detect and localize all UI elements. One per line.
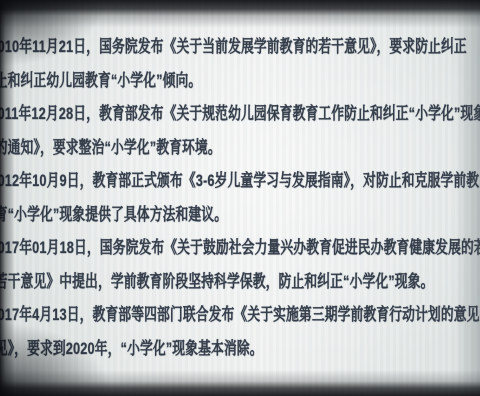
paragraph-2010-guowuyuan: 2010年11月21日，国务院发布《关于当前发展学前教育的若干意见》，要求防止纠… (0, 30, 480, 97)
paragraph-2011-jiaoyubu: 2011年12月28日，教育部发布《关于规范幼儿园保育教育工作防止和纠正“小学化… (0, 97, 480, 164)
document-line: 育“小学化”现象提供了具体方法和建议。 (0, 198, 480, 232)
document-line: 2017年4月13日，教育部等四部门联合发布《关于实施第三期学前教育行动计划的意… (0, 298, 480, 332)
document-line: 若干意见》中提出，学前教育阶段坚持科学保教，防止和纠正“小学化”现象。 (0, 265, 480, 299)
paragraph-2017-minban: 2017年01月18日，国务院发布《关于鼓励社会力量兴办教育促进民办教育健康发展… (0, 231, 480, 298)
document-line: 的通知》，要求整治“小学化”教育环境。 (0, 131, 480, 165)
document-line: 止和纠正幼儿园教育“小学化”倾向。 (0, 64, 480, 98)
document-line: 2011年12月28日，教育部发布《关于规范幼儿园保育教育工作防止和纠正“小学化… (0, 97, 480, 131)
document-line: 2012年10月9日，教育部正式颁布《3-6岁儿童学习与发展指南》，对防止和克服… (0, 164, 480, 198)
paragraph-2017-xingdongjihua: 2017年4月13日，教育部等四部门联合发布《关于实施第三期学前教育行动计划的意… (0, 298, 480, 365)
document-text: 2010年11月21日，国务院发布《关于当前发展学前教育的若干意见》，要求防止纠… (0, 30, 480, 365)
paragraph-2012-zhinan: 2012年10月9日，教育部正式颁布《3-6岁儿童学习与发展指南》，对防止和克服… (0, 164, 480, 231)
photographed-document: 2010年11月21日，国务院发布《关于当前发展学前教育的若干意见》，要求防止纠… (0, 0, 480, 396)
document-line: 2017年01月18日，国务院发布《关于鼓励社会力量兴办教育促进民办教育健康发展… (0, 231, 480, 265)
document-line: 2010年11月21日，国务院发布《关于当前发展学前教育的若干意见》，要求防止纠… (0, 30, 480, 64)
document-line: 见》，要求到2020年，“小学化”现象基本消除。 (0, 332, 480, 366)
